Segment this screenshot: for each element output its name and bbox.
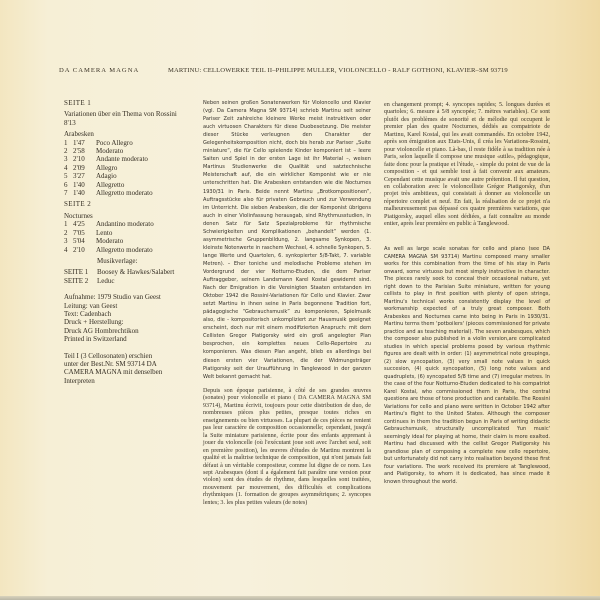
- side-1-work-duration: 8'13: [64, 119, 179, 127]
- track-row: 42'09Allegro: [64, 164, 179, 172]
- side-1-work-title: Variationen über ein Thema von Rossini: [64, 110, 179, 118]
- album-back-cover: DA CAMERA MAGNA MARTINU: CELLOWERKE TEIL…: [0, 0, 600, 600]
- nocturnes-list: 14'25Andantino moderato 27'05Lento 35'04…: [64, 220, 179, 254]
- tracklist-column: SEITE 1 Variationen über ein Thema von R…: [64, 99, 179, 385]
- publisher-row: SEITE 2Leduc: [64, 277, 179, 285]
- header: DA CAMERA MAGNA MARTINU: CELLOWERKE TEIL…: [0, 67, 600, 79]
- side-2-label: SEITE 2: [64, 200, 179, 208]
- track-row: 35'04Moderato: [64, 237, 179, 245]
- track-row: 61'40Allegretto: [64, 181, 179, 189]
- credits: Aufnahme: 1979 Studio van Geest Leitung:…: [64, 293, 179, 343]
- track-row: 14'25Andantino moderato: [64, 220, 179, 228]
- publisher-row: SEITE 1Boosey & Hawkes/Salabert: [64, 268, 179, 276]
- liner-notes-german: Neben seinen großen Sonatenwerken für Vi…: [203, 99, 371, 381]
- track-row: 32'10Andante moderato: [64, 155, 179, 163]
- credit-line: Aufnahme: 1979 Studio van Geest: [64, 293, 179, 301]
- publishers-heading: Musikverlage:: [64, 257, 179, 265]
- liner-notes-english: As well as large scale sonatas for cello…: [384, 246, 550, 486]
- track-row: 53'27Adagio: [64, 172, 179, 180]
- track-row: 71'40Allegretto moderato: [64, 189, 179, 197]
- liner-notes-french-part2: en changement prompt; 4. syncopes rapide…: [384, 102, 550, 229]
- track-row: 27'05Lento: [64, 229, 179, 237]
- label-brand: DA CAMERA MAGNA: [59, 67, 139, 74]
- track-row: 11'47Poco Allegro: [64, 139, 179, 147]
- liner-notes-french-part1: Depuis son époque parisienne, à côté de …: [203, 388, 371, 507]
- credit-line: Leitung: van Geest: [64, 302, 179, 310]
- credit-line: Printed in Switzerland: [64, 335, 179, 343]
- track-row: 42'10Allegretto moderato: [64, 246, 179, 254]
- credit-line: Text: Cadenbach: [64, 310, 179, 318]
- album-title: MARTINU: CELLOWERKE TEIL II–PHILIPPE MUL…: [168, 67, 508, 74]
- arabesken-heading: Arabesken: [64, 130, 179, 138]
- credit-line: Druck AG Hombrechtikon: [64, 327, 179, 335]
- arabesken-list: 11'47Poco Allegro 22'58Moderato 32'10And…: [64, 139, 179, 198]
- nocturnes-heading: Nocturnes: [64, 212, 179, 220]
- track-row: 22'58Moderato: [64, 147, 179, 155]
- cover-bottom-edge: [0, 596, 600, 600]
- series-note: Teil I (3 Cellosonaten) erschien unter d…: [64, 352, 164, 386]
- side-1-label: SEITE 1: [64, 99, 179, 107]
- credit-line: Druck + Herstellung:: [64, 318, 179, 326]
